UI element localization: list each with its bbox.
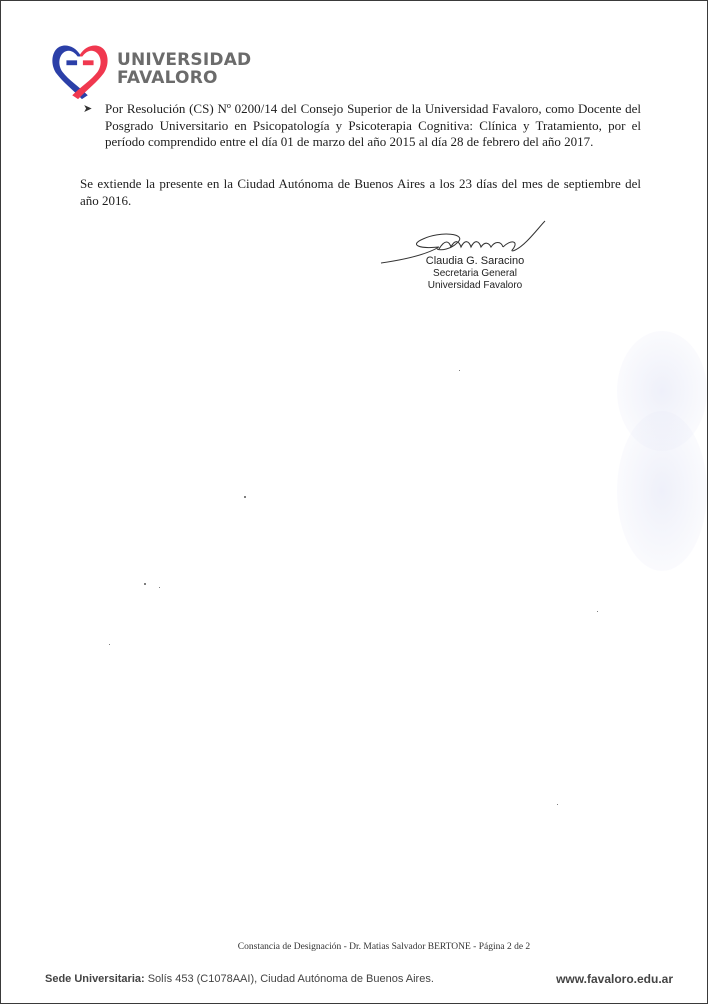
footer-address: Sede Universitaria: Solís 453 (C1078AAI)… (45, 973, 434, 985)
logo-wordmark: UNIVERSIDAD FAVALORO (117, 51, 251, 87)
scan-speck (459, 370, 460, 371)
signature-block: Claudia G. Saracino Secretaria General U… (415, 255, 535, 292)
signer-name: Claudia G. Saracino (415, 255, 535, 268)
address-label: Sede Universitaria: (45, 973, 145, 985)
university-logo: UNIVERSIDAD FAVALORO (49, 39, 251, 103)
document-page: UNIVERSIDAD FAVALORO ➤ Por Resolución (C… (0, 0, 708, 1004)
closing-paragraph: Se extiende la presente en la Ciudad Aut… (80, 176, 641, 209)
scan-speck (557, 804, 558, 805)
scan-speck (244, 496, 246, 498)
heart-logo-icon (49, 39, 111, 103)
signer-institution: Universidad Favaloro (415, 280, 535, 292)
resolution-bullet: ➤ Por Resolución (CS) Nº 0200/14 del Con… (105, 101, 641, 151)
address-text: Solís 453 (C1078AAI), Ciudad Autónoma de… (145, 973, 434, 985)
logo-line-2: FAVALORO (117, 69, 251, 87)
website-link[interactable]: www.favaloro.edu.ar (556, 972, 673, 986)
scan-speck (597, 611, 598, 612)
arrow-bullet-icon: ➤ (83, 101, 92, 118)
scan-speck (109, 644, 110, 645)
scan-speck (159, 587, 160, 588)
scan-speck (144, 583, 146, 585)
logo-line-1: UNIVERSIDAD (117, 51, 251, 69)
scan-smudge (617, 411, 707, 571)
document-footer-note: Constancia de Designación - Dr. Matias S… (1, 942, 707, 952)
resolution-text: Por Resolución (CS) Nº 0200/14 del Conse… (105, 101, 641, 149)
signer-role: Secretaria General (415, 268, 535, 280)
